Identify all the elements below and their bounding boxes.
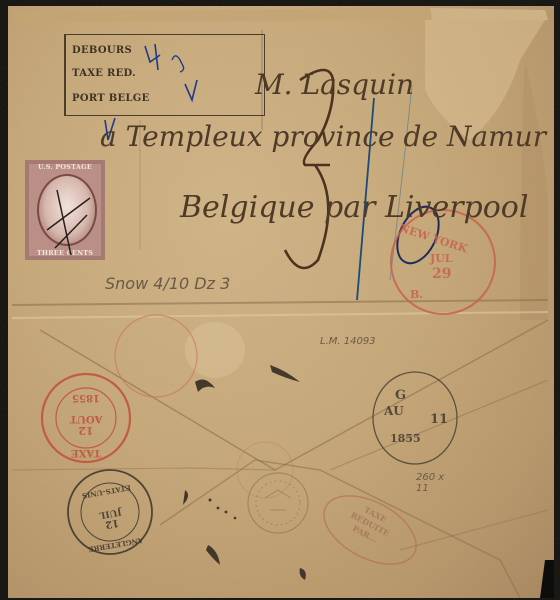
pencil-note-back: L.M. 14093 xyxy=(320,336,376,347)
debours-box-handstamp: DEBOURS TAXE RED. PORT BELGE xyxy=(64,34,265,116)
pen-cancel-cross-icon xyxy=(25,160,105,260)
red-postmark-bottom: TAXE xyxy=(42,447,130,458)
us-three-cent-stamp: U.S. POSTAGE THREE CENTS xyxy=(25,160,105,260)
address-line-3: Belgique par Liverpool xyxy=(180,190,528,225)
handstamp-line-3: PORT BELGE xyxy=(72,93,150,104)
handstamp-line-2: TAXE RED. xyxy=(72,68,136,79)
red-postmark-month: AOUT xyxy=(42,413,130,424)
black-angleterre-postmark: ANGLETERRE 12 JUIL ETATS-UNIS xyxy=(61,463,158,560)
address-line-1: M. Lasquin xyxy=(255,68,414,101)
red-postmark-date: 12 xyxy=(42,424,130,437)
postal-cover-photo: DEBOURS TAXE RED. PORT BELGE U.S. POSTAG… xyxy=(0,0,560,600)
ny-postmark-date: 29 xyxy=(432,266,451,282)
black-postmark-top: ETATS-UNIS xyxy=(64,480,148,503)
pencil-note-right: 260 x 11 xyxy=(416,472,446,494)
red-postmark-year: 1855 xyxy=(42,392,130,403)
handstamp-line-1: DEBOURS xyxy=(72,45,132,56)
red-taxe-postmark: TAXE 12 AOUT 1855 xyxy=(42,374,130,462)
right-postmark-date: 11 xyxy=(430,412,448,427)
ny-postmark-bottom: B. xyxy=(410,288,423,301)
address-line-2: a Templeux province de Namur xyxy=(100,120,546,153)
right-postmark-letter: G xyxy=(395,388,406,403)
pencil-note-front: Snow 4/10 Dz 3 xyxy=(105,274,230,293)
right-postmark-year: 1855 xyxy=(390,432,421,445)
ny-postmark-month: JUL xyxy=(430,252,453,265)
right-postmark-month: AU xyxy=(384,404,404,418)
